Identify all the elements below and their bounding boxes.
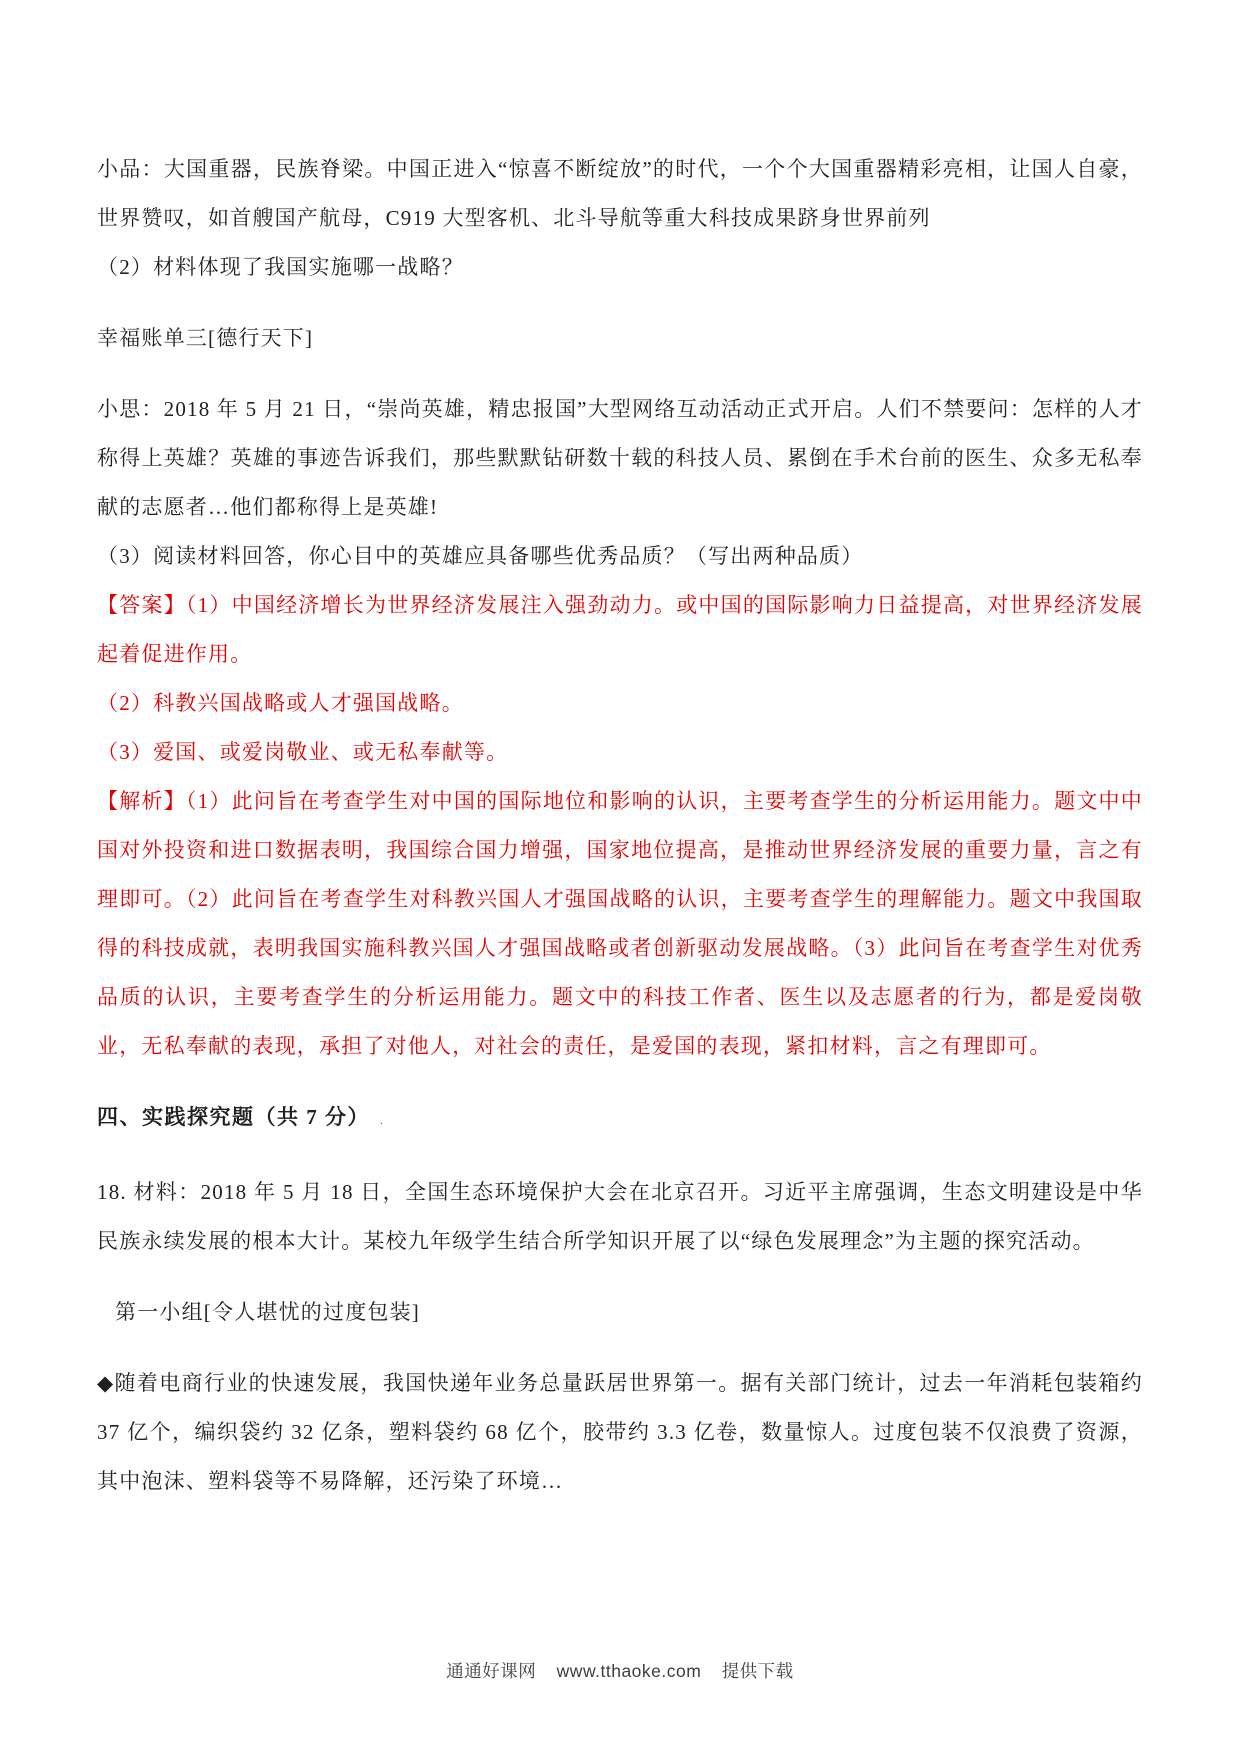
paragraph-group-1-material: ◆随着电商行业的快速发展，我国快递年业务总量跃居世界第一。据有关部门统计，过去一… [97,1359,1143,1506]
page-footer: 通通好课网 www.tthaoke.com 提供下载 [0,1658,1240,1684]
paragraph-analysis: 【解析】（1）此问旨在考查学生对中国的国际地位和影响的认识，主要考查学生的分析运… [97,777,1143,1071]
stray-period-mark: . [380,1115,384,1127]
section-heading-practice-inquiry: 四、实践探究题（共 7 分）. [97,1093,1143,1146]
footer-site-name: 通通好课网 [446,1661,536,1681]
paragraph-question-3: （3）阅读材料回答，你心目中的英雄应具备哪些优秀品质？（写出两种品质） [97,532,1143,581]
section-heading-text: 四、实践探究题（共 7 分） [97,1105,370,1129]
paragraph-material-skit: 小品：大国重器，民族脊梁。中国正进入“惊喜不断绽放”的时代，一个个大国重器精彩亮… [97,145,1143,243]
paragraph-answer-part-2: （2）科教兴国战略或人才强国战略。 [97,679,1143,728]
paragraph-answer-part-1: 【答案】（1）中国经济增长为世界经济发展注入强劲动力。或中国的国际影响力日益提高… [97,581,1143,679]
paragraph-material-xiaosi: 小思：2018 年 5 月 21 日，“崇尚英雄，精忠报国”大型网络互动活动正式… [97,385,1143,532]
paragraph-group-1-subtitle: 第一小组[令人堪忧的过度包装] [97,1288,1143,1337]
footer-download-label: 提供下载 [722,1661,794,1681]
document-body: 小品：大国重器，民族脊梁。中国正进入“惊喜不断绽放”的时代，一个个大国重器精彩亮… [97,145,1143,1506]
paragraph-answer-part-3: （3）爱国、或爱岗敬业、或无私奉献等。 [97,728,1143,777]
footer-site-url: www.tthaoke.com [557,1661,702,1681]
paragraph-subtitle-happiness-bill-3: 幸福账单三[德行天下] [97,314,1143,363]
paragraph-question-2: （2）材料体现了我国实施哪一战略？ [97,243,1143,292]
paragraph-question-18-material: 18. 材料：2018 年 5 月 18 日，全国生态环境保护大会在北京召开。习… [97,1168,1143,1266]
document-page: 小品：大国重器，民族脊梁。中国正进入“惊喜不断绽放”的时代，一个个大国重器精彩亮… [0,0,1240,1754]
